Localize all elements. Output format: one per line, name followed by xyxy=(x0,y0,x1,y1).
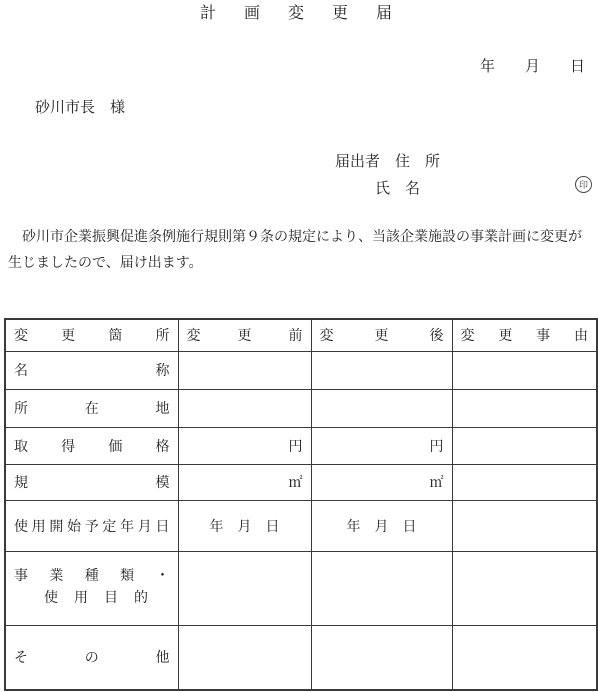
cell-business-type-reason xyxy=(452,551,597,625)
change-details-table: 変更箇所 変更前 変更後 変更事由 名称 所在地 取得価格 円 円 規模 ㎡ ㎡ xyxy=(4,318,598,691)
row-label-scale: 規模 xyxy=(5,464,178,500)
table-header-row: 変更箇所 変更前 変更後 変更事由 xyxy=(5,319,597,351)
cell-other-before xyxy=(178,625,311,690)
table-row-other: その他 xyxy=(5,625,597,690)
cell-price-after-unit: 円 xyxy=(311,427,452,464)
applicant-block: 届出者 住 所 氏 名 xyxy=(0,149,598,203)
table-row-location: 所在地 xyxy=(5,389,597,427)
cell-start-date-after: 年 月 日 xyxy=(311,500,452,551)
document-page: 計 画 変 更 届 年 月 日 砂川市長 様 届出者 住 所 氏 名 印 砂川市… xyxy=(0,0,598,692)
cell-name-before xyxy=(178,351,311,389)
row-label-business-type: 事業種類・ 使用目的 xyxy=(5,551,178,625)
row-label-other: その他 xyxy=(5,625,178,690)
table-row-acquisition-price: 取得価格 円 円 xyxy=(5,427,597,464)
table-row-scale: 規模 ㎡ ㎡ xyxy=(5,464,597,500)
body-line-1: 砂川市企業振興促進条例施行規則第９条の規定により、当該企業施設の事業計画に変更が xyxy=(8,225,590,251)
cell-name-after xyxy=(311,351,452,389)
row-label-name: 名称 xyxy=(5,351,178,389)
cell-location-before xyxy=(178,389,311,427)
cell-scale-before-unit: ㎡ xyxy=(178,464,311,500)
table-row-start-date: 使用開始予定年月日 年 月 日 年 月 日 xyxy=(5,500,597,551)
row-label-location: 所在地 xyxy=(5,389,178,427)
applicant-address-label: 届出者 住 所 xyxy=(335,149,598,176)
cell-scale-reason xyxy=(452,464,597,500)
cell-scale-after-unit: ㎡ xyxy=(311,464,452,500)
business-type-label-line2: 使用目的 xyxy=(14,588,170,610)
cell-price-reason xyxy=(452,427,597,464)
addressee-label: 砂川市長 様 xyxy=(0,98,598,119)
col-header-change-reason: 変更事由 xyxy=(452,319,597,351)
cell-start-date-before: 年 月 日 xyxy=(178,500,311,551)
cell-start-date-reason xyxy=(452,500,597,551)
date-line: 年 月 日 xyxy=(0,57,598,78)
body-line-2: 生じましたので、届け出ます。 xyxy=(8,251,590,277)
cell-price-before-unit: 円 xyxy=(178,427,311,464)
cell-business-type-after xyxy=(311,551,452,625)
table-row-name: 名称 xyxy=(5,351,597,389)
document-title: 計 画 変 更 届 xyxy=(0,0,598,25)
cell-other-after xyxy=(311,625,452,690)
body-paragraph: 砂川市企業振興促進条例施行規則第９条の規定により、当該企業施設の事業計画に変更が… xyxy=(0,225,598,277)
cell-location-reason xyxy=(452,389,597,427)
table-row-business-type: 事業種類・ 使用目的 xyxy=(5,551,597,625)
cell-location-after xyxy=(311,389,452,427)
business-type-label-line1: 事業種類・ xyxy=(14,566,170,588)
row-label-start-date: 使用開始予定年月日 xyxy=(5,500,178,551)
applicant-name-label: 氏 名 xyxy=(335,176,598,203)
cell-business-type-before xyxy=(178,551,311,625)
seal-icon: 印 xyxy=(575,176,592,193)
cell-other-reason xyxy=(452,625,597,690)
col-header-before-change: 変更前 xyxy=(178,319,311,351)
col-header-change-item: 変更箇所 xyxy=(5,319,178,351)
cell-name-reason xyxy=(452,351,597,389)
col-header-after-change: 変更後 xyxy=(311,319,452,351)
row-label-acquisition-price: 取得価格 xyxy=(5,427,178,464)
